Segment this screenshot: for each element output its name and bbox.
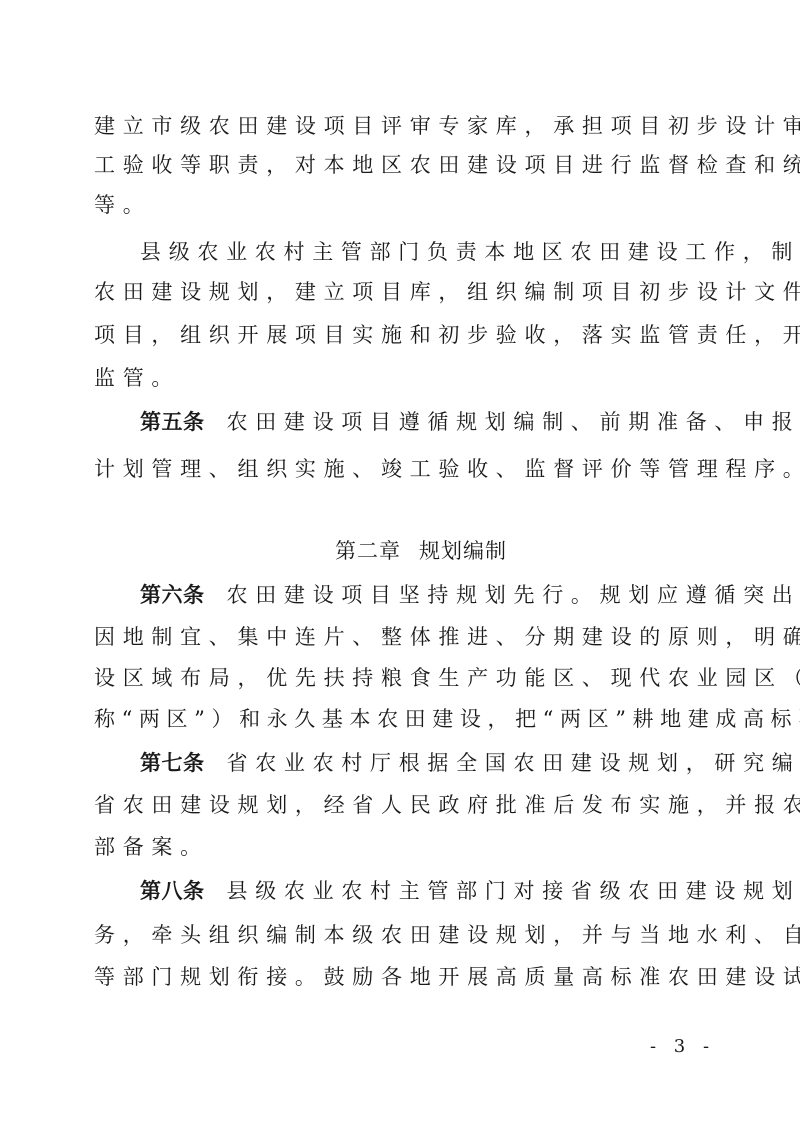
text-line: 因地制宜、集中连片、整体推进、分期建设的原则，明确农田建 [94, 617, 704, 657]
chapter-title: 规划编制 [419, 539, 507, 563]
text-line: 设区域布局，优先扶持粮食生产功能区、现代农业园区（以下简 [94, 658, 704, 698]
article-5: 第五条农田建设项目遵循规划编制、前期准备、申报审批、 [140, 402, 704, 442]
text-line: 监管。 [94, 358, 704, 398]
text-line: 农田建设规划，建立项目库，组织编制项目初步设计文件，申报 [94, 272, 704, 312]
article-8: 第八条县级农业农村主管部门对接省级农田建设规划任 [140, 871, 704, 911]
chapter-number: 第二章 [335, 539, 401, 563]
text-span: 县级农业农村主管部门对接省级农田建设规划任 [227, 879, 800, 903]
article-label: 第六条 [140, 583, 205, 607]
article-6: 第六条农田建设项目坚持规划先行。规划应遵循突出重点、 [140, 575, 704, 615]
article-label: 第七条 [140, 751, 205, 775]
article-7: 第七条省农业农村厅根据全国农田建设规划，研究编制本 [140, 743, 704, 783]
document-page: 建立市级农田建设项目评审专家库，承担项目初步设计审批、竣 工验收等职责，对本地区… [0, 0, 800, 1132]
text-span: 省农业农村厅根据全国农田建设规划，研究编制本 [227, 751, 800, 775]
text-line: 建立市级农田建设项目评审专家库，承担项目初步设计审批、竣 [94, 106, 704, 146]
page-number: - 3 - [650, 1036, 715, 1057]
article-label: 第五条 [140, 410, 205, 434]
chapter-heading: 第二章规划编制 [300, 531, 542, 571]
text-line: 计划管理、组织实施、竣工验收、监督评价等管理程序。 [94, 449, 704, 489]
article-label: 第八条 [140, 879, 205, 903]
text-line: 项目，组织开展项目实施和初步验收，落实监管责任，开展日常 [94, 315, 704, 355]
text-line: 县级农业农村主管部门负责本地区农田建设工作，制定县域 [140, 232, 704, 272]
text-span: 农田建设项目遵循规划编制、前期准备、申报审批、 [227, 410, 800, 434]
text-line: 等部门规划衔接。鼓励各地开展高质量高标准农田建设试点。 [94, 957, 704, 997]
text-span: 农田建设项目坚持规划先行。规划应遵循突出重点、 [227, 583, 800, 607]
text-line: 省农田建设规划，经省人民政府批准后发布实施，并报农业农村 [94, 785, 704, 825]
text-line: 等。 [94, 185, 704, 225]
text-line: 工验收等职责，对本地区农田建设项目进行监督检查和统计汇总 [94, 145, 704, 185]
text-line: 务，牵头组织编制本级农田建设规划，并与当地水利、自然资源 [94, 915, 704, 955]
text-line: 部备案。 [94, 827, 704, 867]
text-line: 称“两区”）和永久基本农田建设，把“两区”耕地建成高标准农田。 [94, 699, 704, 739]
